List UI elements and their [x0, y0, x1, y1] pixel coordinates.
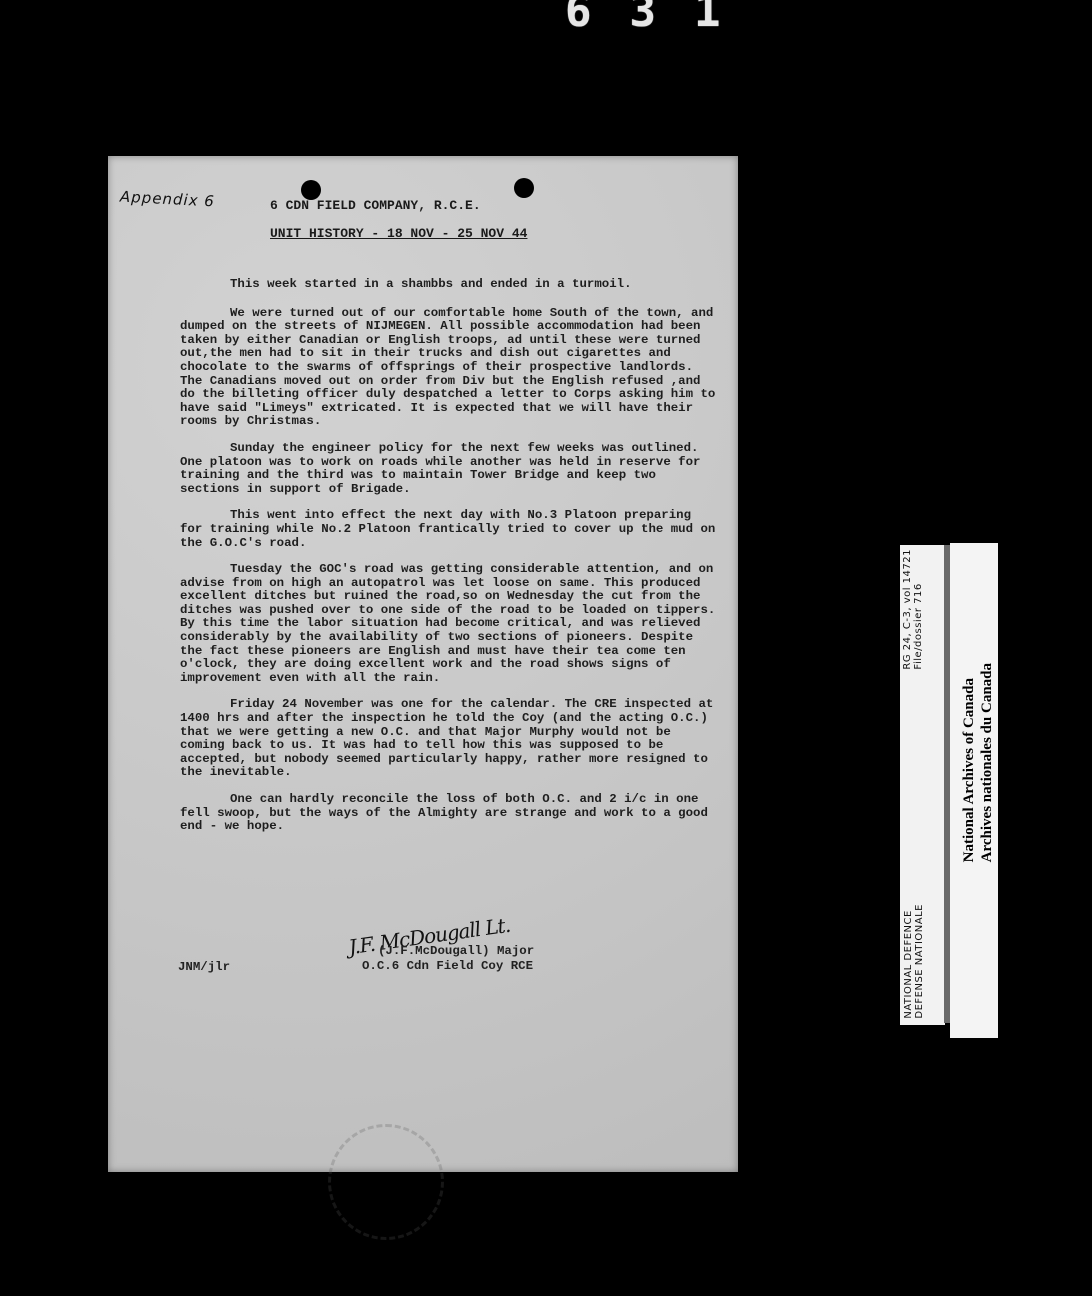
paragraph: Tuesday the GOC's road was getting consi… — [180, 563, 720, 685]
paragraph: We were turned out of our comfortable ho… — [180, 307, 720, 429]
punch-hole — [514, 178, 534, 198]
record-group: RG 24, C-3, vol 14721 — [902, 549, 913, 670]
paragraph: Sunday the engineer policy for the next … — [180, 442, 720, 496]
handwritten-appendix-note: Appendix 6 — [120, 188, 216, 211]
department-label: NATIONAL DEFENCE DEFENSE NATIONALE — [903, 904, 925, 1019]
department-fr: DEFENSE NATIONALE — [914, 904, 925, 1019]
archives-name: National Archives of Canada Archives nat… — [960, 663, 996, 862]
paragraph: This week started in a shambbs and ended… — [180, 278, 720, 292]
archives-name-en: National Archives of Canada — [960, 663, 978, 862]
paragraph: This went into effect the next day with … — [180, 509, 720, 550]
archive-label-card-right: National Archives of Canada Archives nat… — [950, 543, 998, 1038]
document-body: This week started in a shambbs and ended… — [180, 278, 720, 847]
record-reference: RG 24, C-3, vol 14721 File/dossier 716 — [902, 549, 924, 670]
microfilm-frame-number: 631 — [565, 0, 758, 37]
file-number: File/dossier 716 — [913, 549, 924, 670]
punch-hole — [301, 180, 321, 200]
signatory-title: O.C.6 Cdn Field Coy RCE — [362, 959, 533, 973]
typist-reference: JNM/jlr — [178, 960, 230, 974]
signatory-name: (J.F.McDougall) Major — [378, 944, 534, 958]
faded-stamp — [328, 1124, 444, 1240]
paragraph: One can hardly reconcile the loss of bot… — [180, 793, 720, 834]
archive-label-card-left: NATIONAL DEFENCE DEFENSE NATIONALE RG 24… — [900, 545, 945, 1025]
department-en: NATIONAL DEFENCE — [903, 904, 914, 1019]
archives-name-fr: Archives nationales du Canada — [978, 663, 996, 862]
document-page: Appendix 6 6 CDN FIELD COMPANY, R.C.E. U… — [108, 156, 738, 1172]
document-subheading: UNIT HISTORY - 18 NOV - 25 NOV 44 — [270, 226, 527, 241]
document-heading: 6 CDN FIELD COMPANY, R.C.E. — [270, 198, 481, 213]
paragraph: Friday 24 November was one for the calen… — [180, 698, 720, 780]
